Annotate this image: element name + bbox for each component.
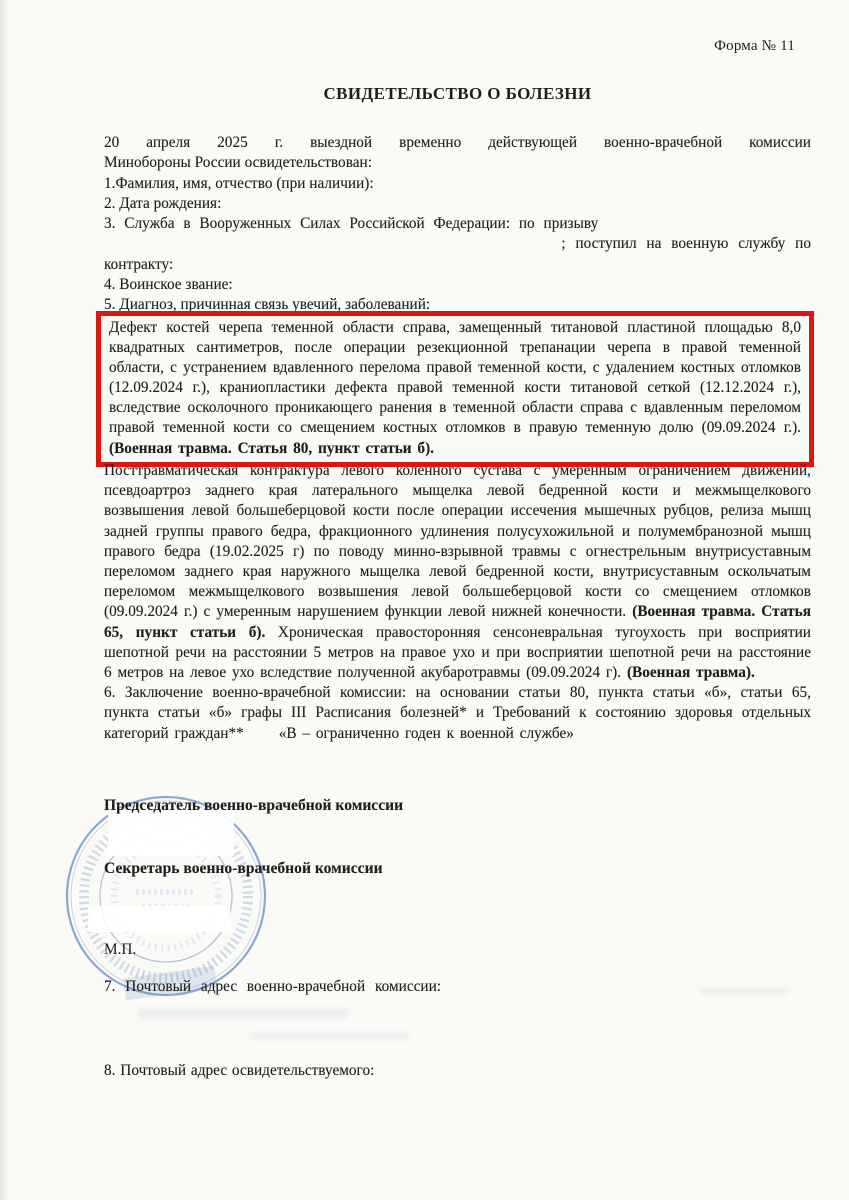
field-service-contract-line: ; поступил на военную службу по (104, 234, 811, 254)
stamp-seal-graphic (58, 788, 274, 1004)
field-service-contract-word: контракту: (104, 255, 811, 275)
examinee-address-label: 8. Почтовый адрес освидетельствуемого: (104, 1062, 811, 1080)
round-stamp-seal (58, 788, 274, 1004)
commission-conclusion-text: 6. Заключение военно-врачебной комиссии:… (104, 683, 811, 744)
field-service-label: 3. Служба в Вооруженных Силах Российской… (104, 214, 811, 234)
chairman-signature-label: Председатель военно-врачебной комиссии (104, 797, 811, 815)
intro-line-ministry: Минобороны России освидетельствован: (104, 153, 811, 173)
document-page: Форма № 11 СВИДЕТЕЛЬСТВО О БОЛЕЗНИ 20 ап… (0, 0, 849, 1200)
intro-line-date: 20 апреля 2025 г. выездной временно дейс… (104, 133, 811, 153)
field-birthdate-label: 2. Дата рождения: (104, 194, 811, 214)
stamp-place-mark: М.П. (104, 941, 136, 959)
diagnosis-continuation-block: Посттравматическая контрактура левого ко… (104, 461, 811, 744)
document-title: СВИДЕТЕЛЬСТВО О БОЛЕЗНИ (104, 84, 811, 104)
faded-ink-artifact (138, 1008, 348, 1018)
field-rank-label: 4. Воинское звание: (104, 275, 811, 295)
scan-edge-shadow (0, 0, 10, 1200)
secretary-signature-label: Секретарь военно-врачебной комиссии (104, 860, 811, 878)
document-body: 20 апреля 2025 г. выездной временно дейс… (104, 133, 811, 316)
field-name-label: 1.Фамилия, имя, отчество (при наличии): (104, 174, 811, 194)
form-number-label: Форма № 11 (714, 38, 795, 55)
diagnosis-highlight-box: Дефект костей черепа теменной области сп… (96, 311, 814, 467)
commission-address-label: 7. Почтовый адрес военно-врачебной комис… (104, 978, 811, 996)
diagnosis-continuation-text: Посттравматическая контрактура левого ко… (104, 461, 811, 683)
faded-ink-artifact (250, 1032, 410, 1040)
